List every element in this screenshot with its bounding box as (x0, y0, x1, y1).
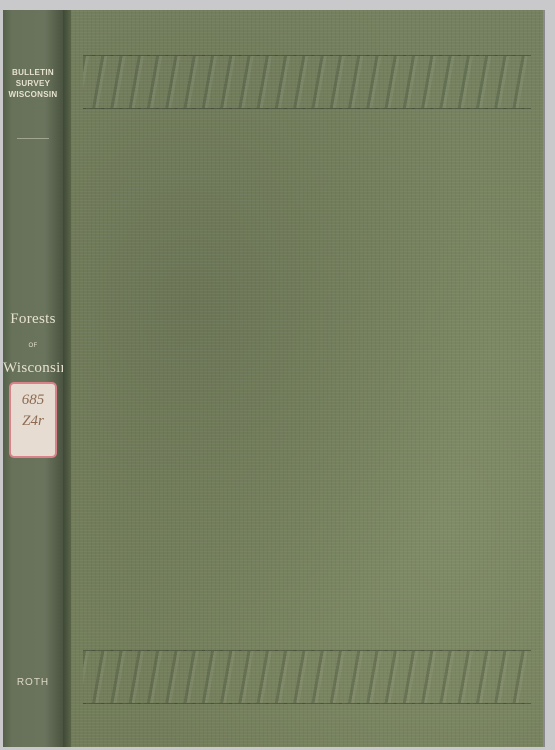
call-number-line-2: Z4r (11, 413, 55, 430)
spine-title-wisconsin: Wisconsin (3, 359, 63, 377)
book-spine: BULLETIN SURVEY WISCONSIN Forests OF Wis… (3, 10, 63, 747)
front-cover (71, 10, 543, 747)
spine-title-of: OF (3, 341, 63, 351)
spine-author: ROTH (3, 677, 63, 688)
spine-series-line-1: BULLETIN (3, 68, 63, 78)
spine-rule (17, 138, 49, 139)
spine-title-forests: Forests (3, 310, 63, 328)
embossed-border-top (83, 55, 531, 109)
spine-hinge (63, 10, 71, 747)
embossed-border-bottom (83, 650, 531, 704)
library-call-number-label: 685 Z4r (9, 382, 57, 458)
spine-series-line-3: WISCONSIN (3, 90, 63, 100)
spine-series-line-2: SURVEY (3, 79, 63, 89)
book: BULLETIN SURVEY WISCONSIN Forests OF Wis… (3, 10, 543, 747)
call-number-line-1: 685 (11, 392, 55, 409)
